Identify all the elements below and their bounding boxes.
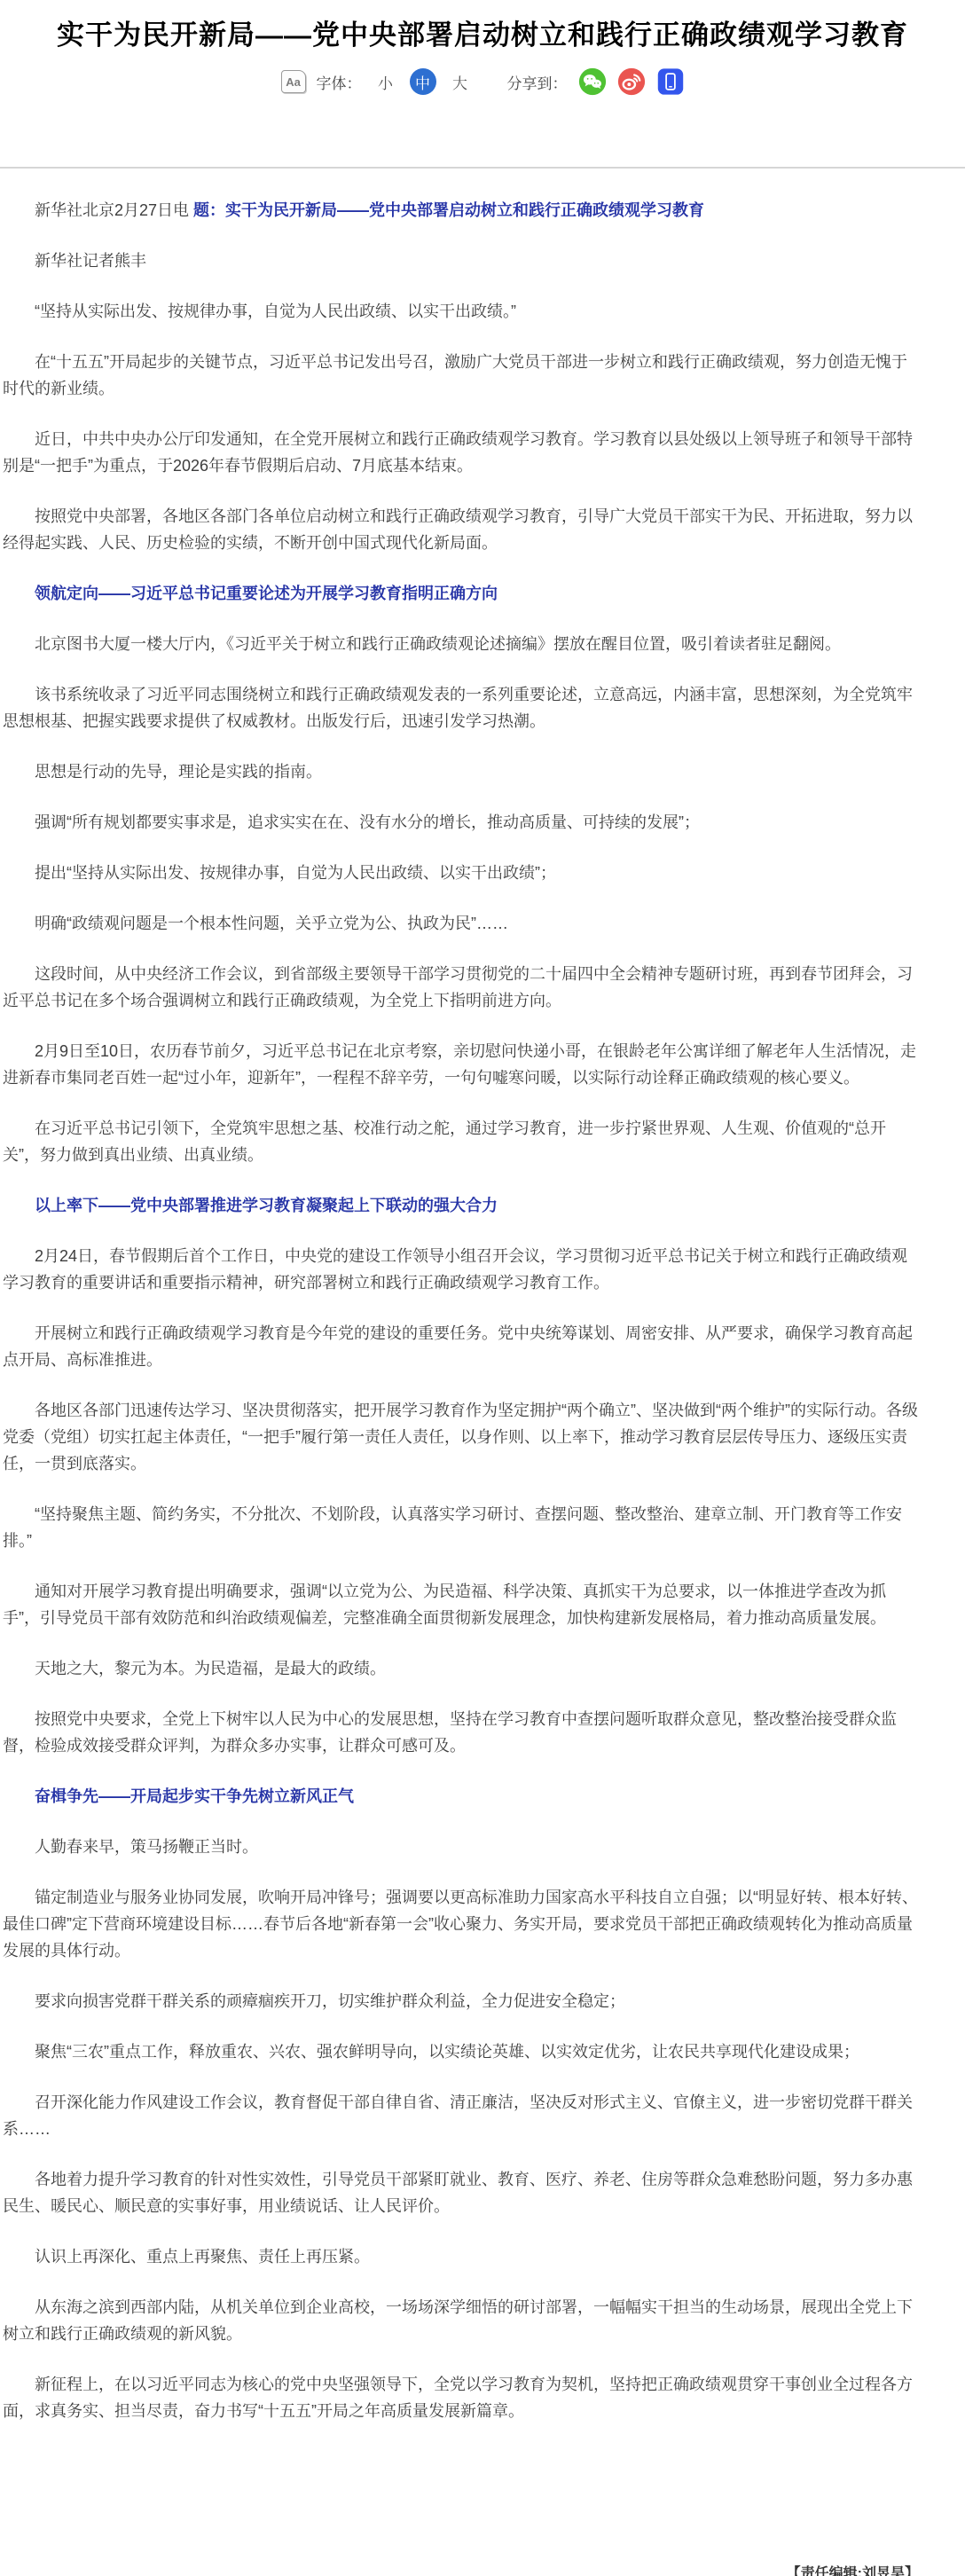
article-paragraph: 要求向损害党群干群关系的顽瘴痼疾开刀，切实维护群众利益，全力促进安全稳定； bbox=[3, 1988, 919, 2014]
article-paragraph: 各地区各部门迅速传达学习、坚决贯彻落实，把开展学习教育作为坚定拥护“两个确立”、… bbox=[3, 1397, 919, 1477]
article-paragraph: “坚持聚焦主题、简约务实，不分批次、不划阶段，认真落实学习研讨、查摆问题、整改整… bbox=[3, 1501, 919, 1554]
section-heading: 以上率下——党中央部署推进学习教育凝聚起上下联动的强大合力 bbox=[3, 1192, 919, 1219]
editor-credit: 【责任编辑:刘昱昊】 bbox=[787, 2562, 919, 2576]
font-size-medium-button[interactable]: 中 bbox=[410, 68, 436, 95]
article-paragraph: 新征程上，在以习近平同志为核心的党中央坚强领导下，全党以学习教育为契机，坚持把正… bbox=[3, 2371, 919, 2424]
inline-title: 题：实干为民开新局——党中央部署启动树立和践行正确政绩观学习教育 bbox=[193, 201, 704, 219]
article-paragraph: 人勤春来早，策马扬鞭正当时。 bbox=[3, 1834, 919, 1860]
wechat-share-icon[interactable] bbox=[578, 67, 607, 96]
article-meta-line: 新华社北京2月27日电 题：实干为民开新局——党中央部署启动树立和践行正确政绩观… bbox=[3, 197, 919, 224]
article-paragraph: 通知对开展学习教育提出明确要求，强调“以立党为公、为民造福、科学决策、真抓实干为… bbox=[3, 1578, 919, 1631]
font-label: 字体： bbox=[317, 71, 362, 93]
article-paragraph: 提出“坚持从实际出发、按规律办事，自觉为人民出政绩、以实干出政绩”； bbox=[3, 860, 919, 886]
font-size-large-button[interactable]: 大 bbox=[447, 68, 474, 95]
article-paragraph: 新华社记者熊丰 bbox=[3, 247, 919, 274]
share-label: 分享到： bbox=[507, 71, 568, 93]
section-heading: 奋楫争先——开局起步实干争先树立新风正气 bbox=[3, 1783, 919, 1810]
article-paragraph: 明确“政绩观问题是一个根本性问题，关乎立党为公、执政为民”…… bbox=[3, 910, 919, 937]
article-paragraph: 认识上再深化、重点上再聚焦、责任上再压紧。 bbox=[3, 2243, 919, 2270]
article-paragraph: 思想是行动的先导，理论是实践的指南。 bbox=[3, 758, 919, 785]
article-paragraph: 按照党中央部署，各地区各部门各单位启动树立和践行正确政绩观学习教育，引导广大党员… bbox=[3, 503, 919, 556]
section-heading: 领航定向——习近平总书记重要论述为开展学习教育指明正确方向 bbox=[3, 580, 919, 607]
article-paragraph: 北京图书大厦一楼大厅内，《习近平关于树立和践行正确政绩观论述摘编》摆放在醒目位置… bbox=[3, 631, 919, 657]
page-title: 实干为民开新局——党中央部署启动树立和践行正确政绩观学习教育 bbox=[0, 0, 965, 52]
article-paragraph: 强调“所有规划都要实事求是，追求实实在在、没有水分的增长，推动高质量、可持续的发… bbox=[3, 809, 919, 836]
article-paragraph: 按照党中央要求，全党上下树牢以人民为中心的发展思想，坚持在学习教育中查摆问题听取… bbox=[3, 1706, 919, 1759]
mobile-share-icon[interactable] bbox=[656, 67, 685, 96]
article-paragraph: “坚持从实际出发、按规律办事，自觉为人民出政绩、以实干出政绩。” bbox=[3, 298, 919, 325]
toolbar: Aa 字体： 小 中 大 分享到： bbox=[0, 67, 965, 97]
article-paragraph: 该书系统收录了习近平同志围绕树立和践行正确政绩观发表的一系列重要论述，立意高远，… bbox=[3, 681, 919, 734]
article-paragraph: 聚焦“三农”重点工作，释放重农、兴农、强农鲜明导向，以实绩论英雄、以实效定优劣，… bbox=[3, 2038, 919, 2065]
font-size-icon: Aa bbox=[281, 70, 306, 93]
article-paragraph: 从东海之滨到西部内陆，从机关单位到企业高校，一场场深学细悟的研讨部署，一幅幅实干… bbox=[3, 2294, 919, 2347]
article-paragraph: 近日，中共中央办公厅印发通知，在全党开展树立和践行正确政绩观学习教育。学习教育以… bbox=[3, 426, 919, 479]
article-paragraph: 2月24日，春节假期后首个工作日，中央党的建设工作领导小组召开会议，学习贯彻习近… bbox=[3, 1243, 919, 1296]
article-paragraph: 各地着力提升学习教育的针对性实效性，引导党员干部紧盯就业、教育、医疗、养老、住房… bbox=[3, 2166, 919, 2219]
article-paragraph: 2月9日至10日，农历春节前夕，习近平总书记在北京考察，亲切慰问快递小哥，在银龄… bbox=[3, 1038, 919, 1091]
article-page: 实干为民开新局——党中央部署启动树立和践行正确政绩观学习教育 Aa 字体： 小 … bbox=[0, 0, 965, 2576]
article-paragraph: 在“十五五”开局起步的关键节点，习近平总书记发出号召，激励广大党员干部进一步树立… bbox=[3, 349, 919, 402]
weibo-share-icon[interactable] bbox=[617, 67, 646, 96]
font-size-small-button[interactable]: 小 bbox=[373, 68, 399, 95]
article-paragraph: 天地之大，黎元为本。为民造福，是最大的政绩。 bbox=[3, 1655, 919, 1682]
article-paragraph: 这段时间，从中央经济工作会议，到省部级主要领导干部学习贯彻党的二十届四中全会精神… bbox=[3, 961, 919, 1014]
article-paragraph: 在习近平总书记引领下，全党筑牢思想之基、校准行动之舵，通过学习教育，进一步拧紧世… bbox=[3, 1115, 919, 1168]
article-paragraph: 锚定制造业与服务业协同发展，吹响开局冲锋号；强调要以更高标准助力国家高水平科技自… bbox=[3, 1884, 919, 1964]
article-paragraph: 召开深化能力作风建设工作会议，教育督促干部自律自省、清正廉洁，坚决反对形式主义、… bbox=[3, 2089, 919, 2142]
article-paragraph: 开展树立和践行正确政绩观学习教育是今年党的建设的重要任务。党中央统筹谋划、周密安… bbox=[3, 1320, 919, 1373]
dateline: 新华社北京2月27日电 bbox=[35, 201, 193, 219]
article-body: 新华社北京2月27日电 题：实干为民开新局——党中央部署启动树立和践行正确政绩观… bbox=[0, 169, 965, 2424]
